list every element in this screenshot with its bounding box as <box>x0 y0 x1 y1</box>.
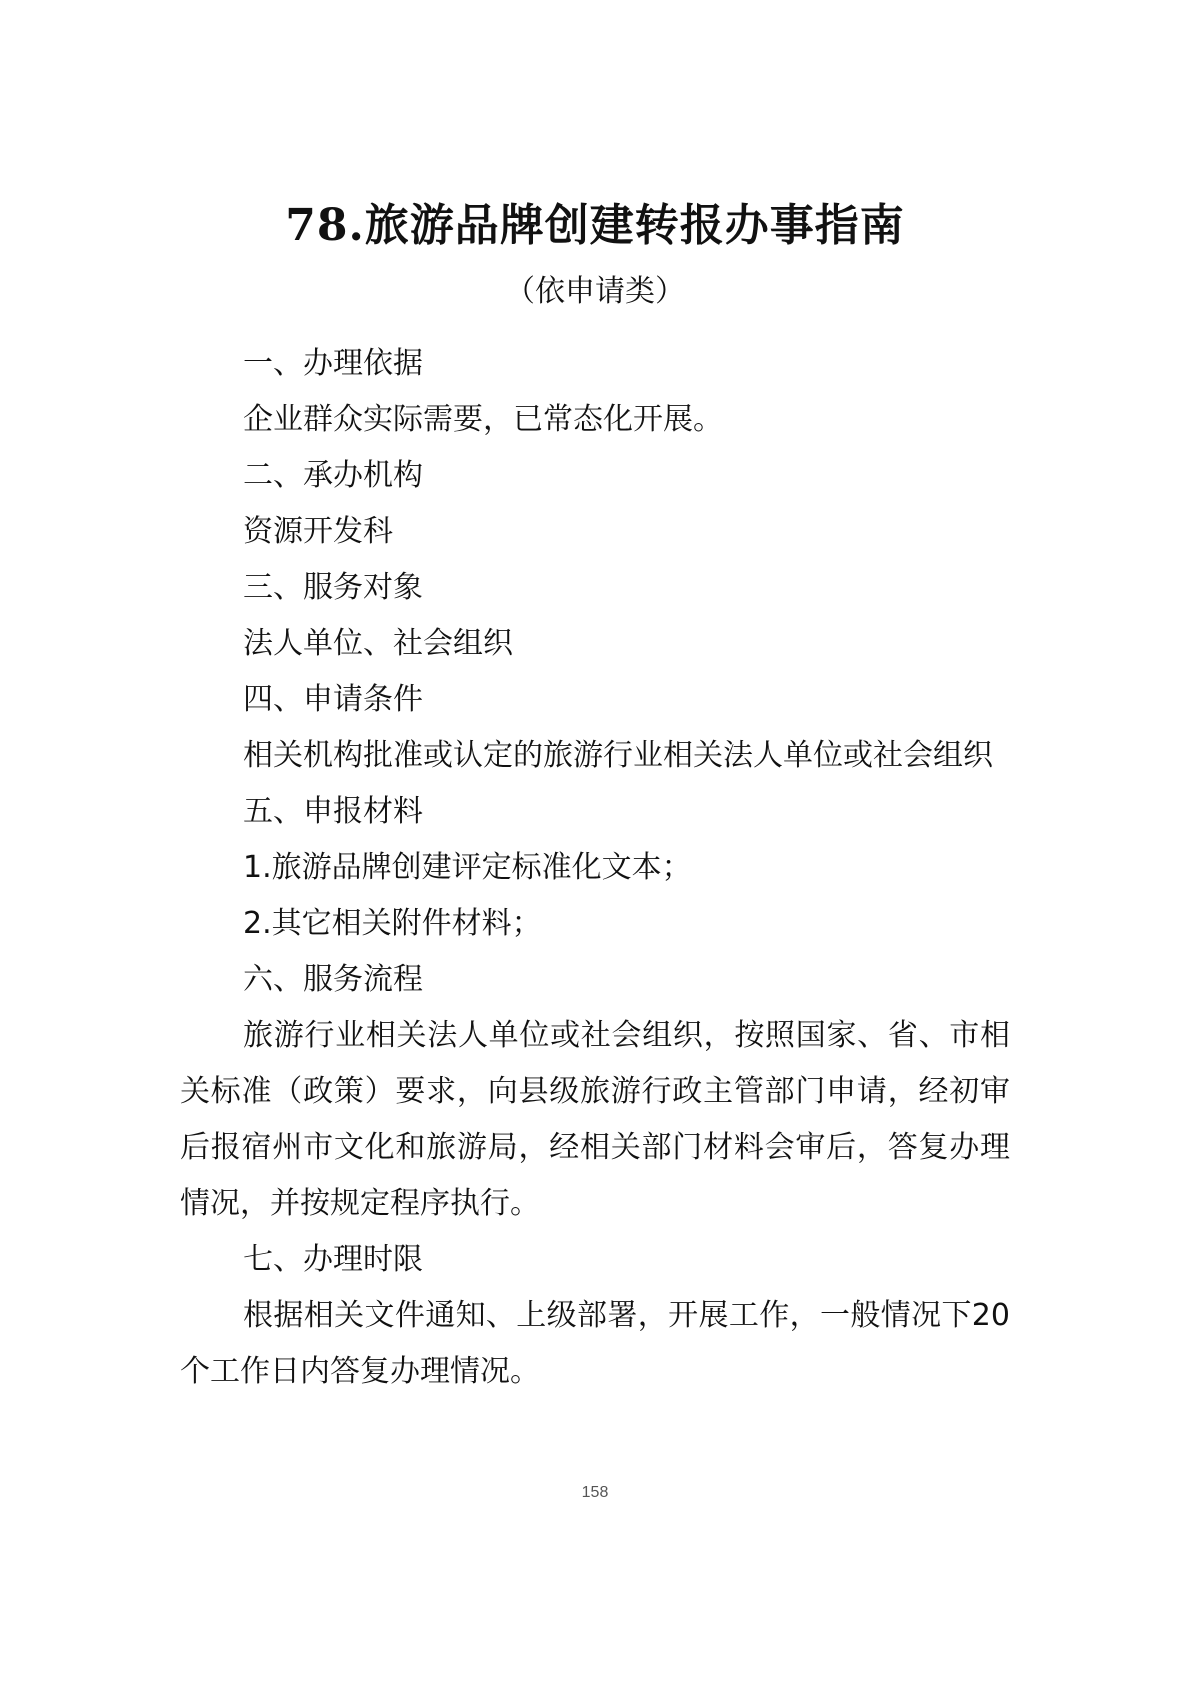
document-body: 一、办理依据 企业群众实际需要，已常态化开展。 二、承办机构 资源开发科 三、服… <box>180 336 1010 1400</box>
section-text-basis: 企业群众实际需要，已常态化开展。 <box>180 392 1010 448</box>
page-number: 158 <box>0 1482 1190 1504</box>
section-heading-basis: 一、办理依据 <box>180 336 1010 392</box>
section-heading-target: 三、服务对象 <box>180 560 1010 616</box>
section-heading-time-limit: 七、办理时限 <box>180 1232 1010 1288</box>
section-text-conditions: 相关机构批准或认定的旅游行业相关法人单位或社会组织 <box>180 728 1010 784</box>
section-text-target: 法人单位、社会组织 <box>180 616 1010 672</box>
section-heading-conditions: 四、申请条件 <box>180 672 1010 728</box>
section-heading-agency: 二、承办机构 <box>180 448 1010 504</box>
document-subtitle: （依申请类） <box>0 272 1190 312</box>
section-text-material-1: 1.旅游品牌创建评定标准化文本； <box>180 840 1010 896</box>
document-page: 78.旅游品牌创建转报办事指南 （依申请类） 一、办理依据 企业群众实际需要，已… <box>0 0 1190 1683</box>
section-heading-materials: 五、申报材料 <box>180 784 1010 840</box>
section-heading-process: 六、服务流程 <box>180 952 1010 1008</box>
section-text-material-2: 2.其它相关附件材料； <box>180 896 1010 952</box>
section-text-time-limit: 根据相关文件通知、上级部署，开展工作，一般情况下20个工作日内答复办理情况。 <box>180 1288 1010 1400</box>
section-text-agency: 资源开发科 <box>180 504 1010 560</box>
document-title: 78.旅游品牌创建转报办事指南 <box>0 196 1190 256</box>
section-text-process: 旅游行业相关法人单位或社会组织，按照国家、省、市相关标准（政策）要求，向县级旅游… <box>180 1008 1010 1232</box>
